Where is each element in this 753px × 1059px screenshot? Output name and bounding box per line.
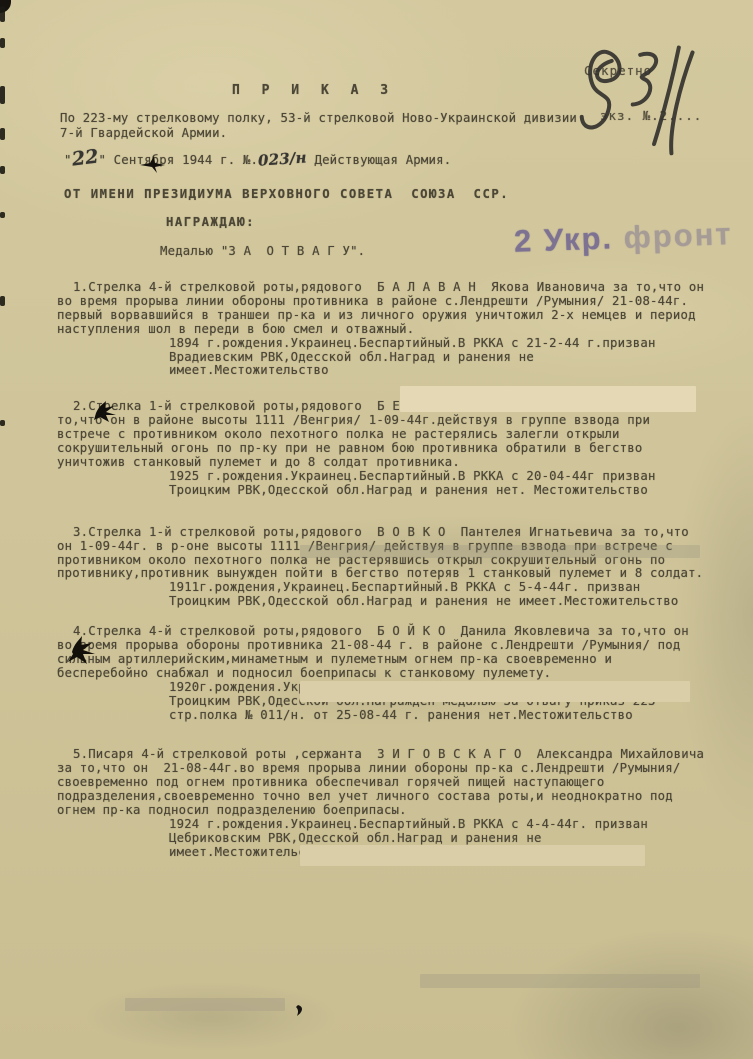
ink-blot <box>93 401 117 427</box>
preamble-line: ОТ ИМЕНИ ПРЕЗИДИУМА ВЕРХОВНОГО СОВЕТА СО… <box>64 188 509 202</box>
ink-blot <box>66 636 96 670</box>
redaction-patch <box>300 681 690 702</box>
entry-details: 1925 г.рождения.Украинец.Беспартийный.В … <box>169 470 693 498</box>
handwritten-number-scrawl: 831 <box>571 37 739 167</box>
scan-edge-artifact <box>0 86 5 104</box>
handwritten-order-number: 023/н <box>258 151 308 168</box>
entry-details: 1911г.рождения,Украинец.Беспартийный.В Р… <box>169 581 693 609</box>
scan-edge-artifact <box>0 296 5 306</box>
scanned-document-page: Секретно экз. №.2.... 831 П Р И К А З По… <box>0 0 753 1059</box>
entry-body: 1.Стрелка 4-й стрелковой роты,рядового Б… <box>57 281 709 337</box>
award-entry-1: 1.Стрелка 4-й стрелковой роты,рядового Б… <box>57 281 709 378</box>
entry-body: 4.Стрелка 4-й стрелковой роты,рядового Б… <box>57 625 709 681</box>
date-typed-mid: " Сентября 1944 г. №. <box>98 153 258 167</box>
scan-edge-artifact <box>0 128 5 140</box>
scan-edge-artifact <box>0 420 5 426</box>
ink-blot <box>140 156 166 178</box>
redaction-patch <box>125 998 285 1011</box>
redaction-patch <box>300 845 645 866</box>
award-entries: 1.Стрелка 4-й стрелковой роты,рядового Б… <box>57 281 709 860</box>
award-entry-2: 2.Стрелка 1-й стрелковой роты,рядового Б… <box>57 400 709 497</box>
scan-edge-artifact <box>0 38 5 48</box>
date-typed-end: Действующая Армия. <box>307 153 451 167</box>
handwritten-day: 22 <box>71 150 99 167</box>
order-subject-line2: 7-й Гвардейской Армии. <box>60 127 227 141</box>
award-heading: НАГРАЖДАЮ: <box>166 216 255 230</box>
medal-line: Медалью "З А О Т В А Г У". <box>160 245 365 259</box>
redaction-patch <box>400 386 696 412</box>
redaction-patch <box>420 974 700 988</box>
scan-edge-artifact <box>0 6 5 22</box>
pencil-scrawl-icon <box>571 37 739 163</box>
front-stamp: 2 Укр. фронт <box>513 216 733 260</box>
entry-body: 5.Писаря 4-й стрелковой роты ,сержанта З… <box>57 748 709 818</box>
scan-edge-artifact <box>0 166 5 174</box>
stamp-text-part1: 2 Укр. <box>513 220 613 258</box>
award-entry-4: 4.Стрелка 4-й стрелковой роты,рядового Б… <box>57 625 709 722</box>
stamp-text-part2: фронт <box>612 216 733 255</box>
date-line: "22" Сентября 1944 г. №.023/н Действующа… <box>64 152 451 168</box>
entry-details: 1894 г.рождения.Украинец.Беспартийный.В … <box>169 337 693 379</box>
ink-blot <box>296 1001 304 1020</box>
award-entry-5: 5.Писаря 4-й стрелковой роты ,сержанта З… <box>57 748 709 859</box>
order-subject-line1: По 223-му стрелковому полку, 53-й стрелк… <box>60 112 720 126</box>
order-title: П Р И К А З <box>232 84 395 98</box>
redaction-patch <box>300 545 700 558</box>
scan-edge-artifact <box>0 212 5 218</box>
award-entry-3: 3.Стрелка 1-й стрелковой роты,рядового В… <box>57 526 709 609</box>
